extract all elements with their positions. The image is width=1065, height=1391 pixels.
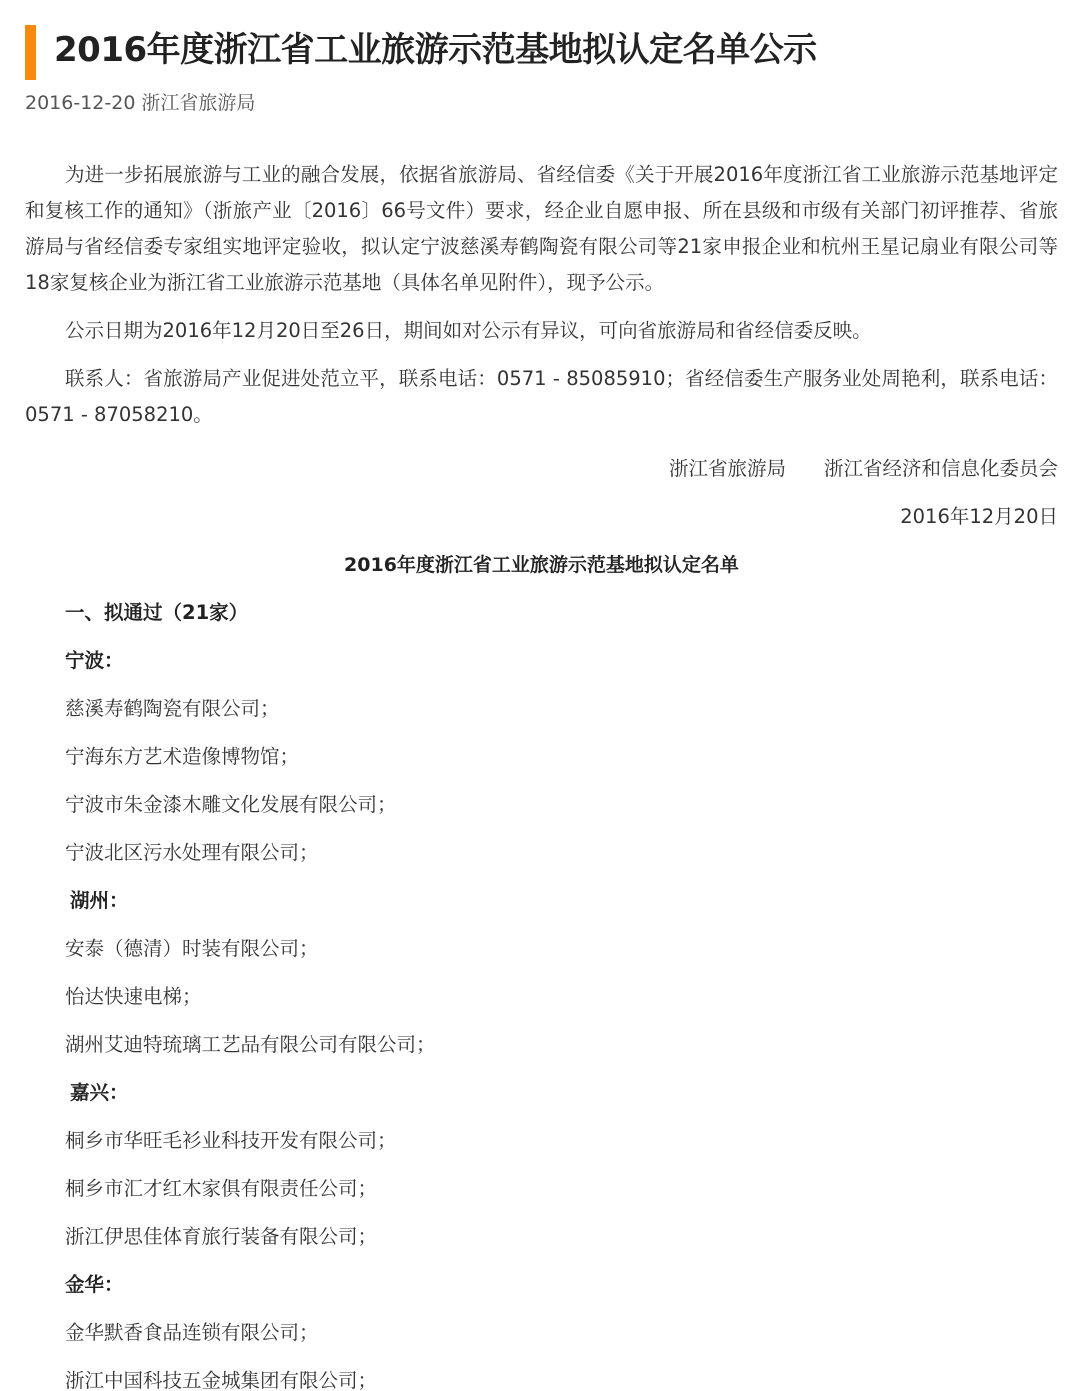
list-item: 桐乡市汇才红木家俱有限责任公司； — [65, 1171, 1058, 1207]
list-item: 湖州艾迪特琉璃工艺品有限公司有限公司； — [65, 1027, 1058, 1063]
list-item: 桐乡市华旺毛衫业科技开发有限公司； — [65, 1123, 1058, 1159]
paragraph-contacts: 联系人：省旅游局产业促进处范立平，联系电话：0571 - 85085910；省经… — [25, 361, 1058, 433]
publish-source: 浙江省旅游局 — [141, 92, 255, 114]
city-heading: 湖州： — [70, 883, 1058, 919]
city-heading: 嘉兴： — [70, 1075, 1058, 1111]
list-item: 怡达快速电梯； — [65, 979, 1058, 1015]
title-accent-bar — [25, 25, 36, 80]
page-title: 2016年度浙江省工业旅游示范基地拟认定名单公示 — [54, 28, 817, 72]
group-jinhua: 金华： 金华默香食品连锁有限公司； 浙江中国科技五金城集团有限公司； — [25, 1267, 1058, 1391]
list-item: 宁波市朱金漆木雕文化发展有限公司； — [65, 787, 1058, 823]
list-item: 金华默香食品连锁有限公司； — [65, 1315, 1058, 1351]
title-row: 2016年度浙江省工业旅游示范基地拟认定名单公示 — [25, 0, 1058, 79]
list-item: 宁海东方艺术造像博物馆； — [65, 739, 1058, 775]
list-item: 浙江中国科技五金城集团有限公司； — [65, 1363, 1058, 1391]
list-item: 慈溪寿鹤陶瓷有限公司； — [65, 691, 1058, 727]
list-item: 宁波北区污水处理有限公司； — [65, 835, 1058, 871]
signature-tourism-bureau: 浙江省旅游局 — [669, 457, 786, 480]
article-meta: 2016-12-20浙江省旅游局 — [25, 89, 1058, 117]
article: 2016年度浙江省工业旅游示范基地拟认定名单公示 2016-12-20浙江省旅游… — [0, 0, 1065, 1391]
sign-date: 2016年12月20日 — [25, 499, 1058, 535]
paragraph-intro: 为进一步拓展旅游与工业的融合发展，依据省旅游局、省经信委《关于开展2016年度浙… — [25, 157, 1058, 301]
article-body: 为进一步拓展旅游与工业的融合发展，依据省旅游局、省经信委《关于开展2016年度浙… — [25, 157, 1058, 1391]
city-heading: 宁波： — [65, 643, 1058, 679]
signature-economy-commission: 浙江省经济和信息化委员会 — [824, 457, 1058, 480]
section-title-approved: 一、拟通过（21家） — [65, 595, 1058, 631]
list-item: 浙江伊思佳体育旅行装备有限公司； — [65, 1219, 1058, 1255]
city-heading: 金华： — [65, 1267, 1058, 1303]
group-jiaxing: 嘉兴： 桐乡市华旺毛衫业科技开发有限公司； 桐乡市汇才红木家俱有限责任公司； 浙… — [25, 1075, 1058, 1255]
publish-date: 2016-12-20 — [25, 92, 135, 114]
group-huzhou: 湖州： 安泰（德清）时装有限公司； 怡达快速电梯； 湖州艾迪特琉璃工艺品有限公司… — [25, 883, 1058, 1063]
list-title: 2016年度浙江省工业旅游示范基地拟认定名单 — [25, 547, 1058, 583]
paragraph-notice-period: 公示日期为2016年12月20日至26日，期间如对公示有异议，可向省旅游局和省经… — [25, 313, 1058, 349]
signatures: 浙江省旅游局浙江省经济和信息化委员会 — [25, 451, 1058, 487]
group-ningbo: 宁波： 慈溪寿鹤陶瓷有限公司； 宁海东方艺术造像博物馆； 宁波市朱金漆木雕文化发… — [25, 643, 1058, 871]
list-item: 安泰（德清）时装有限公司； — [65, 931, 1058, 967]
